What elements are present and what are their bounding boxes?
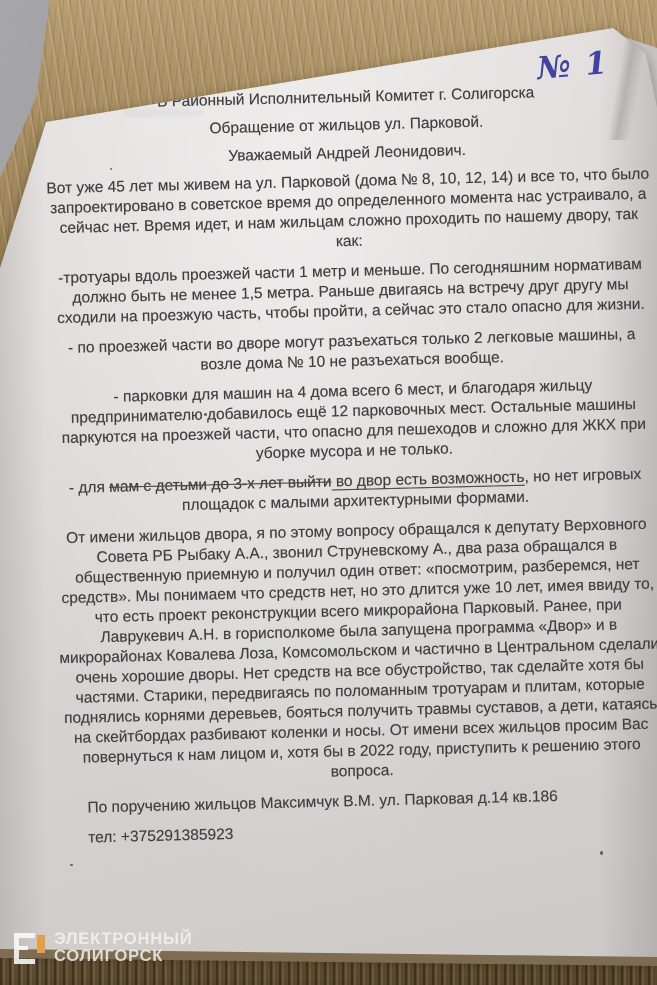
handwritten-page-number: № 1 [536,45,611,87]
bullet-underlined-text: во двор есть возможность [331,469,524,491]
paragraph-playgrounds: - для мам с детьми до 3-х лет выйти во д… [51,464,657,519]
watermark-brand-line2: СОЛИГОРСК [54,947,163,965]
paragraph-sidewalks: -тротуары вдоль проезжей части 1 метр и … [46,255,654,330]
paragraph-roadway: - по проезжей части во дворе могут разъе… [48,325,656,380]
phone-line: тел: +375291385923 [60,814,657,849]
paper-speck [600,851,603,855]
paper-shadow-wrap: № 1 В Районный Исполнительный Комитет г.… [0,0,657,985]
electronic-soligorsk-logo-icon [14,932,45,965]
paper-speck [70,864,73,866]
paragraph-main: От имени жильцов двора, я по этому вопро… [53,514,657,789]
watermark-brand-line1: ЭЛЕКТРОННЫЙ [54,930,193,948]
bullet-struck-text: мам с детьми до 3-х лет выйти [109,473,332,495]
photo-stage: № 1 В Районный Исполнительный Комитет г.… [0,0,657,985]
document-text: В Районный Исполнительный Комитет г. Сол… [42,81,657,860]
signature-line: По поручению жильцов Максимчук В.М. ул. … [59,784,657,819]
watermark: ЭЛЕКТРОННЫЙ СОЛИГОРСК [14,931,193,965]
watermark-brand-text: ЭЛЕКТРОННЫЙ СОЛИГОРСК [54,931,193,965]
document-paper: № 1 В Районный Исполнительный Комитет г.… [0,0,657,985]
paragraph-intro: Вот уже 45 лет мы живем на ул. Парковой … [44,165,653,260]
paragraph-parking: - парковки для машин на 4 дома всего 6 м… [49,374,657,469]
bullet-prefix: - для [69,479,110,497]
